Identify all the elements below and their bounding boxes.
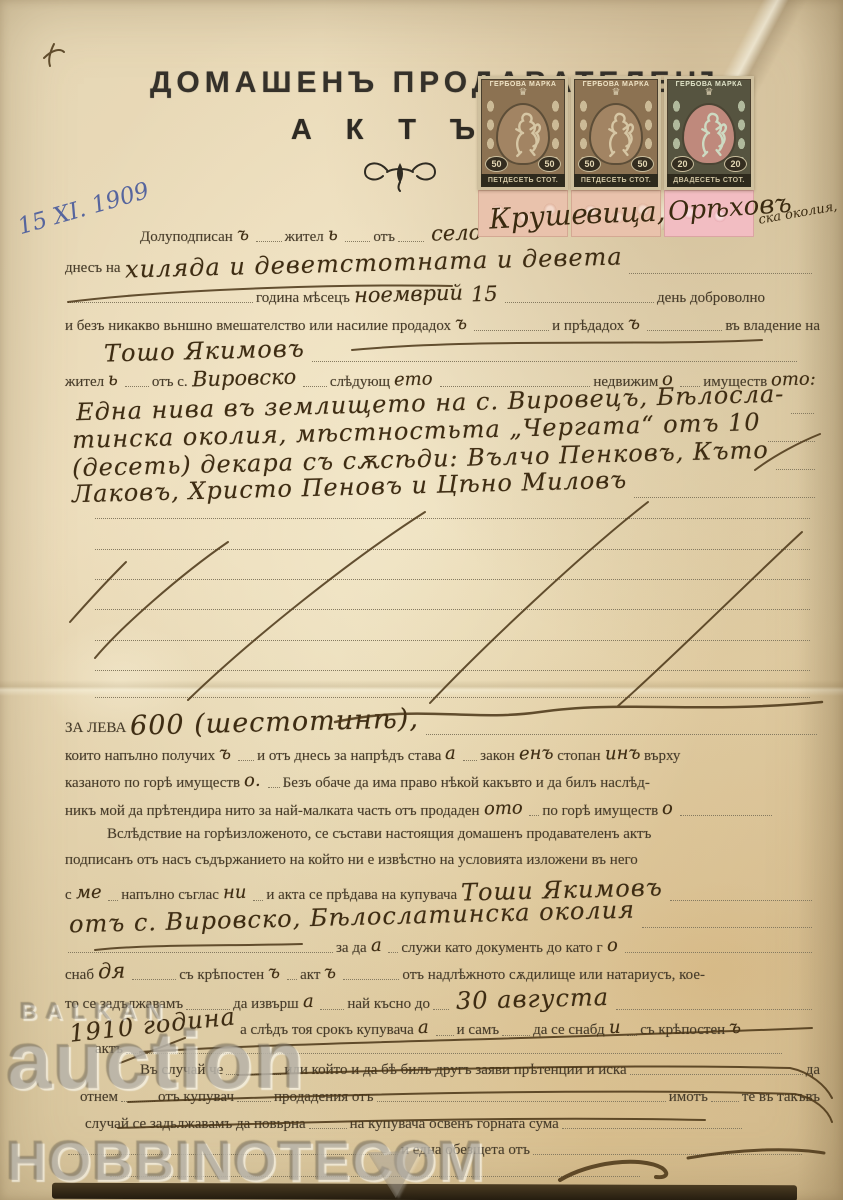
dotted-rule	[529, 813, 539, 816]
stamp-value: 20	[671, 156, 694, 172]
printed-text: да се снабд	[533, 1022, 605, 1039]
blank-rule	[95, 547, 810, 550]
blank-rule	[95, 695, 810, 698]
stamp-denomination-label: ПЕТДЕСЕТЬ СТОТ.	[574, 174, 658, 187]
handwritten-fill: ь	[327, 224, 337, 245]
handwritten-fill: а	[370, 935, 381, 956]
handwritten-fill: ъ	[237, 224, 250, 245]
handwritten-buyer-name: Тошо Якимовъ	[104, 334, 305, 367]
dotted-rule	[426, 732, 817, 735]
printed-text: имотъ	[669, 1089, 708, 1106]
dotted-rule	[388, 950, 398, 953]
stamp-value: 20	[724, 156, 747, 172]
printed-text: те въ такъвъ	[742, 1089, 820, 1106]
pen-slash	[430, 502, 648, 703]
stamp-denomination-label: ДВАДЕСЕТЬ СТОТ.	[667, 174, 751, 187]
dotted-rule	[287, 977, 297, 980]
handwritten-fill: енъ	[519, 743, 554, 765]
stamp-value: 50	[538, 156, 561, 172]
dotted-rule	[68, 950, 333, 953]
printed-text: отъ	[373, 229, 395, 246]
pen-check-mark	[49, 44, 54, 66]
form-line-1: Долуподписан ъ жител ь отъ село	[140, 222, 485, 246]
handwritten-fill: ме	[75, 882, 101, 904]
printed-text: най късно до	[347, 996, 430, 1013]
dotted-rule	[680, 813, 772, 816]
printed-text: и самъ	[457, 1022, 500, 1039]
printed-text: Безъ обаче да има право нѣкой какъвто и …	[283, 775, 650, 792]
handwritten-fill: а	[302, 991, 313, 1012]
printed-text: и прѣдадох	[552, 318, 624, 335]
handwritten-fill: о.	[244, 770, 261, 791]
dotted-rule	[711, 1099, 739, 1102]
dotted-rule	[253, 898, 263, 901]
printed-text: които напълно получих	[65, 748, 215, 765]
dotted-rule	[776, 467, 815, 470]
lion-shield	[496, 103, 550, 165]
printed-text: и безъ никакво вьншно вмешателство или н…	[65, 318, 451, 335]
handwritten-village: вица,	[585, 195, 666, 231]
handwritten-fill: Вировско	[191, 365, 296, 392]
handwritten-fill: ь	[108, 369, 118, 390]
handwritten-fill: ъ	[219, 743, 232, 764]
handwritten-fill: 15	[471, 282, 498, 307]
handwritten-fill: дя	[98, 959, 126, 984]
form-line-19: които напълно получих ъ и отъ днесь за н…	[65, 744, 775, 765]
printed-text: снаб	[65, 967, 94, 984]
scanned-document: ДОМАШЕНЪ ПРОДАВАТЕЛЕНЪ АКТЪ 15 XI. 1909 …	[0, 0, 843, 1200]
stamp-value: 50	[578, 156, 601, 172]
printed-text: да извърш	[233, 996, 299, 1013]
handwritten-fill: о	[662, 798, 673, 819]
lion-shield	[682, 103, 736, 165]
form-line-5: Тошо Якимовъ	[100, 338, 800, 366]
dotted-rule	[502, 1033, 530, 1036]
form-line-3: година мѣсецъ ноемврий 15 день доброволн…	[65, 283, 765, 307]
dotted-rule	[320, 1007, 344, 1010]
blank-rule	[95, 607, 810, 610]
handwritten-fill: село	[430, 220, 481, 245]
dotted-rule	[398, 239, 424, 242]
handwritten-fill: о	[606, 935, 617, 956]
stamp-value: 50	[485, 156, 508, 172]
handwritten-date-note: 15 XI. 1909	[15, 178, 152, 240]
printed-text: днесъ на	[65, 260, 121, 277]
blank-rule	[95, 577, 810, 580]
dotted-rule	[268, 785, 280, 788]
lion-icon	[690, 109, 728, 159]
dotted-rule	[505, 300, 654, 303]
printed-text: да	[806, 1062, 820, 1079]
handwritten-fill: ноемврий	[354, 281, 464, 308]
handwritten-fill: ъ	[268, 962, 281, 983]
dotted-rule	[533, 1152, 802, 1155]
printed-text: върху	[644, 748, 680, 765]
printed-text: с	[65, 887, 72, 904]
handwritten-fill: ето	[394, 368, 433, 390]
printed-text: година мѣсецъ	[256, 290, 350, 307]
dotted-rule	[238, 758, 254, 761]
printed-text: въ владение на	[725, 318, 820, 335]
stamp-design: ГЕРБОВА МАРКА ♛ 20 20 ДВАДЕСЕТЬ СТОТ.	[664, 76, 754, 190]
printed-text: закон	[480, 748, 515, 765]
form-line-2: днесъ на хиляда и деветстотната и девета	[65, 250, 815, 278]
dotted-rule	[629, 271, 812, 274]
form-line-price: ЗА ЛЕВА 600 (шестотинѣ),	[65, 708, 820, 739]
printed-text: съ крѣпостен	[179, 967, 264, 984]
handwritten-fill: ни	[223, 882, 247, 904]
dotted-rule	[616, 1007, 812, 1010]
handwritten-village: Круше	[488, 197, 589, 235]
printed-text: отъ с.	[152, 374, 188, 391]
dotted-rule	[436, 1033, 454, 1036]
printed-text: за да	[336, 940, 367, 957]
stamp-design: ГЕРБОВА МАРКА ♛ 50 50 ПЕТДЕСЕТЬ СТОТ.	[478, 76, 568, 190]
dotted-rule	[303, 384, 327, 387]
printed-text: съ крѣпостен	[640, 1022, 725, 1039]
blank-rule	[95, 638, 810, 641]
printed-text: акт	[300, 967, 320, 984]
printed-text: жител	[285, 229, 324, 246]
watermark-auction: auction	[6, 1014, 305, 1108]
form-line-23: подписанъ отъ насъ съдържанието на който…	[65, 852, 770, 869]
form-line-26: за да а служи като документь до като г о	[65, 936, 815, 957]
handwritten-fill: ъ	[628, 313, 641, 334]
printed-text: ЗА ЛЕВА	[65, 720, 126, 737]
pen-flourish-bottom	[560, 1162, 666, 1180]
stamp-denomination-label: ПЕТДЕСЕТЬ СТОТ.	[481, 174, 565, 187]
dotted-rule	[625, 950, 812, 953]
printed-text: никъ мой да прѣтендира нито за най-малка…	[65, 803, 480, 820]
printed-text: служи като документь до като г	[401, 940, 602, 957]
dotted-rule	[132, 977, 176, 980]
dotted-rule	[312, 359, 797, 362]
dotted-rule	[256, 239, 282, 242]
dotted-rule	[627, 1033, 637, 1036]
printed-text: день доброволно	[657, 290, 765, 307]
handwritten-fill: ото	[483, 797, 522, 819]
blank-rule	[95, 516, 810, 519]
pen-check-mark	[44, 50, 64, 58]
printed-text: Вслѣдствие на горѣизложеното, се състави…	[107, 826, 651, 843]
printed-text: по горѣ имуществ	[542, 803, 658, 820]
handwritten-fill: ъ	[324, 962, 337, 983]
dotted-rule	[642, 925, 812, 928]
dotted-rule	[647, 328, 722, 331]
form-line-10: Лаковъ, Христо Пеновъ и Цѣно Миловъ	[68, 474, 818, 502]
printed-text: стопан	[557, 748, 600, 765]
printed-text: слѣдующ	[330, 374, 390, 391]
handwritten-fill: ъ	[455, 313, 468, 334]
form-line-21: никъ мой да прѣтендира нито за най-малка…	[65, 799, 775, 820]
stamp-design: ГЕРБОВА МАРКА ♛ 50 50 ПЕТДЕСЕТЬ СТОТ.	[571, 76, 661, 190]
printed-text: напълно съглас	[121, 887, 219, 904]
dotted-rule	[343, 977, 399, 980]
form-line-20: казаното по горѣ имуществ о. Безъ обаче …	[65, 771, 775, 792]
dotted-rule	[474, 328, 549, 331]
dotted-rule	[125, 384, 149, 387]
dotted-rule	[463, 758, 477, 761]
stamp-value: 50	[631, 156, 654, 172]
printed-text: отъ надлѣжното сѫдилище или натариусъ, к…	[402, 967, 705, 984]
handwritten-deadline: 30 августа	[456, 983, 610, 1015]
dotted-rule	[108, 898, 118, 901]
dotted-rule	[345, 239, 371, 242]
lion-icon	[597, 109, 635, 159]
dotted-rule	[377, 1099, 666, 1102]
crown-icon: ♛	[574, 88, 658, 98]
printed-text: или който и да бѣ билъ другъ заяви прѣте…	[284, 1062, 626, 1079]
pen-slash	[188, 512, 425, 700]
form-line-25: отъ с. Вировско, Бѣлослатинска околия	[65, 904, 815, 932]
lion-icon	[504, 109, 542, 159]
handwritten-fill: инъ	[604, 743, 640, 765]
dotted-rule	[68, 300, 253, 303]
handwritten-fill: хиляда и деветстотната и девета	[124, 242, 622, 283]
dotted-rule	[433, 1007, 449, 1010]
dotted-rule	[791, 411, 814, 414]
handwritten-fill: а	[418, 1017, 429, 1038]
pen-slash	[618, 532, 802, 706]
handwritten-price: 600 (шестотинѣ),	[130, 703, 420, 742]
crown-icon: ♛	[667, 88, 751, 98]
blank-rule	[95, 668, 810, 671]
printed-text: казаното по горѣ имуществ	[65, 775, 240, 792]
printed-text: и отъ днесь за напрѣдъ става	[257, 748, 441, 765]
form-line-4: и безъ никакво вьншно вмешателство или н…	[65, 314, 820, 335]
form-line-22: Вслѣдствие на горѣизложеното, се състави…	[65, 826, 812, 843]
handwritten-fill: ъ	[729, 1017, 742, 1038]
handwritten-fill: и	[608, 1017, 620, 1038]
crown-icon: ♛	[481, 88, 565, 98]
pen-slash	[70, 562, 126, 622]
floral-ornament-icon	[357, 156, 443, 197]
printed-text: жител	[65, 374, 104, 391]
form-line-27: снаб дя съ крѣпостен ъ акт ъ отъ надлѣжн…	[65, 960, 815, 984]
dotted-rule	[670, 898, 812, 901]
dotted-rule	[562, 1126, 742, 1129]
dotted-rule	[630, 1072, 803, 1075]
lion-shield	[589, 103, 643, 165]
dotted-rule	[634, 495, 815, 498]
printed-text: Долуподписан	[140, 229, 233, 246]
printed-text: подписанъ отъ насъ съдържанието на който…	[65, 852, 638, 869]
handwritten-fill: а	[445, 743, 456, 764]
dotted-rule	[768, 439, 815, 442]
